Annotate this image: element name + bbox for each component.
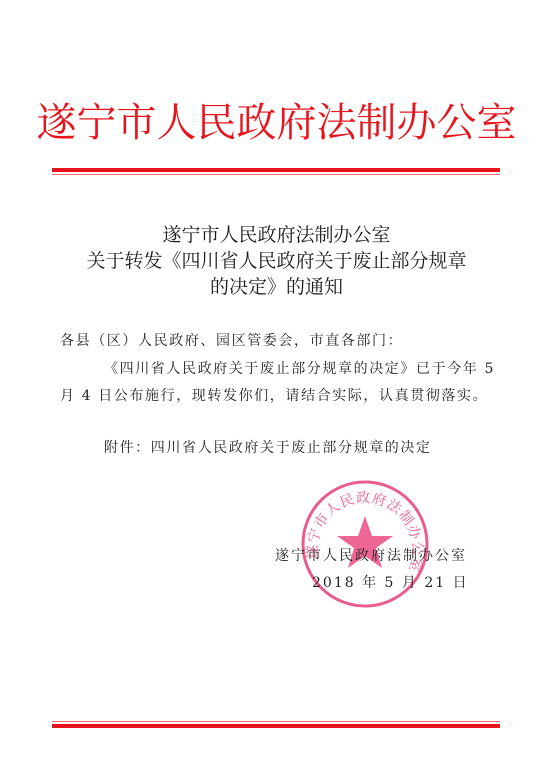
title-line-2: 关于转发《四川省人民政府关于废止部分规章 xyxy=(0,248,553,274)
masthead-divider-thick xyxy=(52,168,500,172)
title-line-3: 的决定》的通知 xyxy=(0,274,553,300)
document-title: 遂宁市人民政府法制办公室 关于转发《四川省人民政府关于废止部分规章 的决定》的通… xyxy=(0,222,553,300)
attachment-line: 附件：四川省人民政府关于废止部分规章的决定 xyxy=(104,437,432,457)
footer-divider-thin xyxy=(52,721,500,722)
issue-date: 2018 年 5 月 21 日 xyxy=(312,572,469,592)
issuer-name: 遂宁市人民政府法制办公室 xyxy=(275,545,467,565)
footer-divider-thick xyxy=(52,724,500,728)
paragraph-line-1: 《四川省人民政府关于废止部分规章的决定》已于今年 5 xyxy=(104,358,495,378)
salutation: 各县（区）人民政府、园区管委会，市直各部门： xyxy=(60,330,403,350)
paragraph-line-2: 月 4 日公布施行，现转发你们，请结合实际，认真贯彻落实。 xyxy=(60,385,488,405)
masthead-divider-thin xyxy=(52,174,500,175)
title-line-1: 遂宁市人民政府法制办公室 xyxy=(0,222,553,248)
masthead-title: 遂宁市人民政府法制办公室 xyxy=(0,95,553,151)
